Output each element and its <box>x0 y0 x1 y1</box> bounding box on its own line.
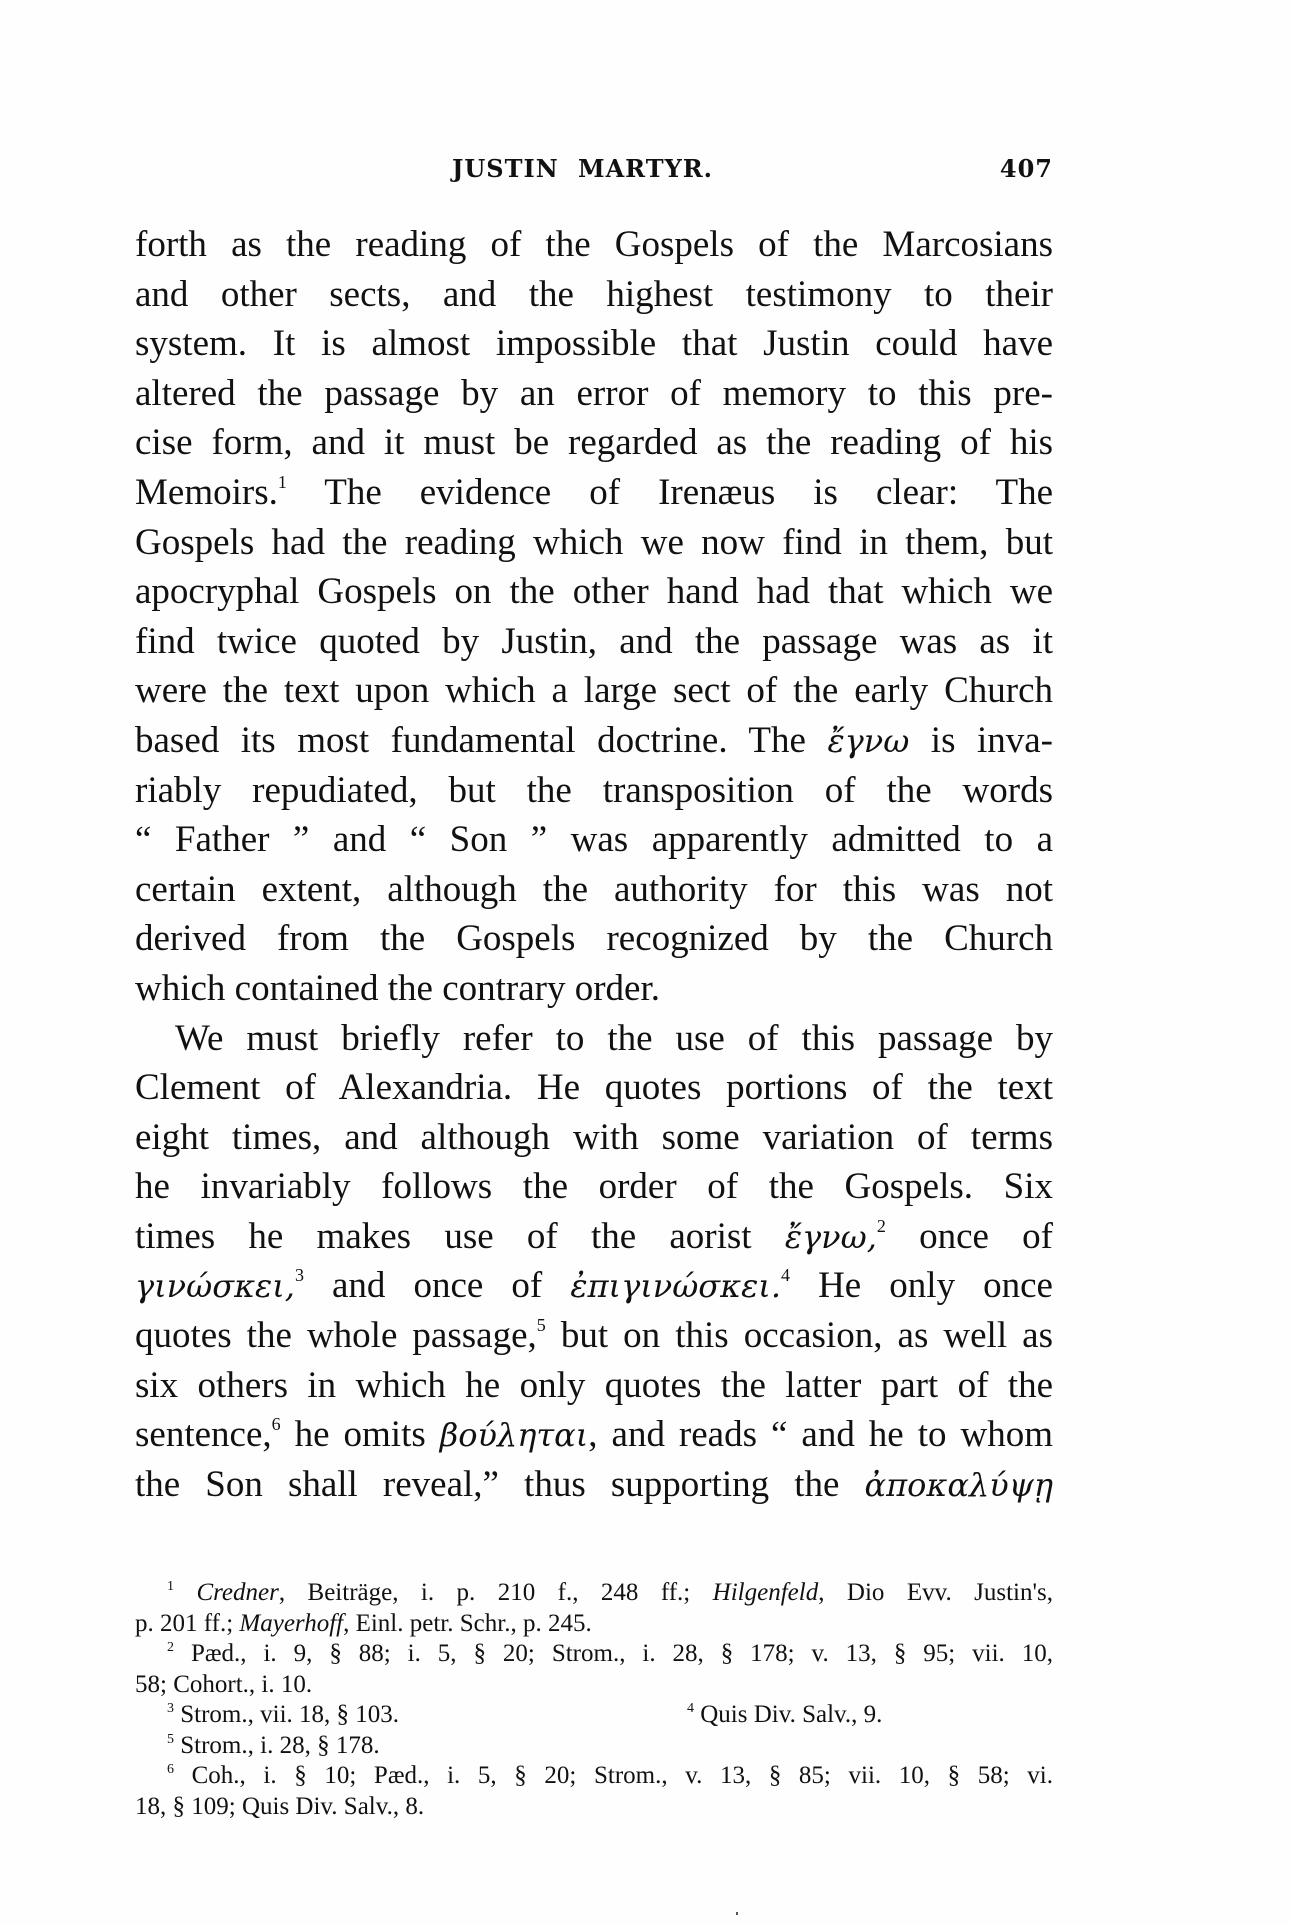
text-line: “ Father ” and “ Son ” was apparently ad… <box>135 815 1053 865</box>
footnote-marker: 4 <box>687 1701 694 1716</box>
footnote-3: 3 Strom., vii. 18, § 103. <box>167 1700 687 1731</box>
footnote-5: 5 Strom., i. 28, § 178. <box>135 1731 1053 1762</box>
text-line: riably repudiated, but the transposition… <box>135 766 1053 816</box>
text-run: quotes the whole passage, <box>135 1315 537 1356</box>
text-run: and once of <box>304 1265 570 1306</box>
text-line: sentence,6 he omits βούληται, and reads … <box>135 1410 1053 1460</box>
greek-word: ἀποκαλύψῃ <box>865 1466 1054 1504</box>
footnote-marker: 1 <box>167 1579 174 1594</box>
scan-speck <box>736 1912 738 1915</box>
greek-word: ἐπιγινώσκει. <box>570 1267 781 1305</box>
text-line: Gospels had the reading which we now fin… <box>135 518 1053 568</box>
text-line: system. It is almost impossible that Jus… <box>135 319 1053 369</box>
citation-text: Pæd., i. 9, § 88; i. 5, § 20; Strom., i.… <box>191 1640 1053 1667</box>
author-name: Hilgenfeld <box>713 1579 819 1606</box>
text-run: Memoirs. <box>135 472 278 513</box>
paragraph-end-line: which contained the contrary order. <box>135 964 1053 1014</box>
text-run: sentence, <box>135 1414 272 1455</box>
footnote-4: 4 Quis Div. Salv., 9. <box>687 1700 1053 1731</box>
book-page: JUSTIN MARTYR. 407 forth as the reading … <box>0 0 1292 1925</box>
paragraph-start-line: We must briefly refer to the use of this… <box>135 1014 1053 1064</box>
footnote-2-continued: 58; Cohort., i. 10. <box>135 1670 1053 1701</box>
text-run: , and reads “ and he to whom <box>588 1414 1053 1455</box>
text-line: he invariably follows the order of the G… <box>135 1162 1053 1212</box>
text-line: were the text upon which a large sect of… <box>135 666 1053 716</box>
footnotes-3-4-row: 3 Strom., vii. 18, § 103. 4 Quis Div. Sa… <box>135 1700 1053 1731</box>
footnote-ref-6[interactable]: 6 <box>272 1414 281 1434</box>
footnote-ref-4[interactable]: 4 <box>781 1265 790 1285</box>
citation-text: Quis Div. Salv., 9. <box>700 1701 882 1728</box>
body-text: forth as the reading of the Gospels of t… <box>135 220 1053 1509</box>
text-line: based its most fundamental doctrine. The… <box>135 716 1053 766</box>
text-line: certain extent, although the authority f… <box>135 865 1053 915</box>
footnote-2: 2 Pæd., i. 9, § 88; i. 5, § 20; Strom., … <box>135 1639 1053 1670</box>
text-line: Memoirs.1 The evidence of Irenæus is cle… <box>135 468 1053 518</box>
footnote-ref-3[interactable]: 3 <box>295 1265 304 1285</box>
text-line: cise form, and it must be regarded as th… <box>135 418 1053 468</box>
footnote-marker: 3 <box>167 1701 174 1716</box>
citation-text: , Beiträge, i. p. 210 f., 248 ff.; <box>279 1579 690 1606</box>
text-line: find twice quoted by Justin, and the pas… <box>135 617 1053 667</box>
citation-text: Strom., vii. 18, § 103. <box>180 1701 399 1728</box>
greek-word: βούληται <box>440 1416 589 1454</box>
footnote-marker: 5 <box>167 1732 174 1747</box>
text-run: He only once <box>790 1265 1053 1306</box>
text-line: derived from the Gospels recognized by t… <box>135 914 1053 964</box>
text-line: apocryphal Gospels on the other hand had… <box>135 567 1053 617</box>
text-line: times he makes use of the aorist ἔγνω,2 … <box>135 1212 1053 1262</box>
text-run: times he makes use of the aorist <box>135 1216 785 1257</box>
text-line: eight times, and although with some vari… <box>135 1113 1053 1163</box>
page-number: 407 <box>1000 154 1053 183</box>
text-line: six others in which he only quotes the l… <box>135 1361 1053 1411</box>
footnote-ref-2[interactable]: 2 <box>877 1216 886 1236</box>
text-run: is inva- <box>909 720 1053 761</box>
greek-word: ἔγνω <box>827 722 909 760</box>
citation-text: , Einl. petr. Schr., p. 245. <box>343 1610 592 1637</box>
text-run: he omits <box>281 1414 440 1455</box>
footnote-ref-5[interactable]: 5 <box>537 1315 546 1335</box>
footnote-ref-1[interactable]: 1 <box>278 472 287 492</box>
text-line: γινώσκει,3 and once of ἐπιγινώσκει.4 He … <box>135 1261 1053 1311</box>
author-name: Credner <box>196 1579 278 1606</box>
text-line: forth as the reading of the Gospels of t… <box>135 220 1053 270</box>
text-line: quotes the whole passage,5 but on this o… <box>135 1311 1053 1361</box>
text-run: the Son shall reveal,” thus supporting t… <box>135 1464 865 1505</box>
text-line: altered the passage by an error of memor… <box>135 369 1053 419</box>
text-run: based its most fundamental doctrine. The <box>135 720 827 761</box>
citation-text: Coh., i. § 10; Pæd., i. 5, § 20; Strom.,… <box>192 1762 1053 1789</box>
text-line: Clement of Alexandria. He quotes portion… <box>135 1063 1053 1113</box>
text-run: once of <box>886 1216 1053 1257</box>
running-head: JUSTIN MARTYR. 407 <box>135 148 1053 188</box>
text-line: the Son shall reveal,” thus supporting t… <box>135 1460 1053 1510</box>
footnote-1-continued: p. 201 ff.; Mayerhoff, Einl. petr. Schr.… <box>135 1609 1053 1640</box>
running-head-title: JUSTIN MARTYR. <box>452 154 713 183</box>
citation-text: Strom., i. 28, § 178. <box>180 1732 379 1759</box>
text-run: but on this occasion, as well as <box>546 1315 1053 1356</box>
footnote-6-continued: 18, § 109; Quis Div. Salv., 8. <box>135 1792 1053 1823</box>
footnote-marker: 2 <box>167 1640 174 1655</box>
greek-word: γινώσκει, <box>135 1267 295 1305</box>
footnote-6: 6 Coh., i. § 10; Pæd., i. 5, § 20; Strom… <box>135 1761 1053 1792</box>
text-line: and other sects, and the highest testimo… <box>135 270 1053 320</box>
footnotes: 1 Credner, Beiträge, i. p. 210 f., 248 f… <box>135 1578 1053 1822</box>
footnote-1: 1 Credner, Beiträge, i. p. 210 f., 248 f… <box>135 1578 1053 1609</box>
citation-text: p. 201 ff.; <box>135 1610 239 1637</box>
citation-text: , Dio Evv. Justin's, <box>818 1579 1053 1606</box>
text-run: The evidence of Irenæus is clear: The <box>287 472 1053 513</box>
author-name: Mayerhoff <box>239 1610 343 1637</box>
footnote-marker: 6 <box>167 1762 174 1777</box>
greek-word: ἔγνω, <box>785 1218 877 1256</box>
